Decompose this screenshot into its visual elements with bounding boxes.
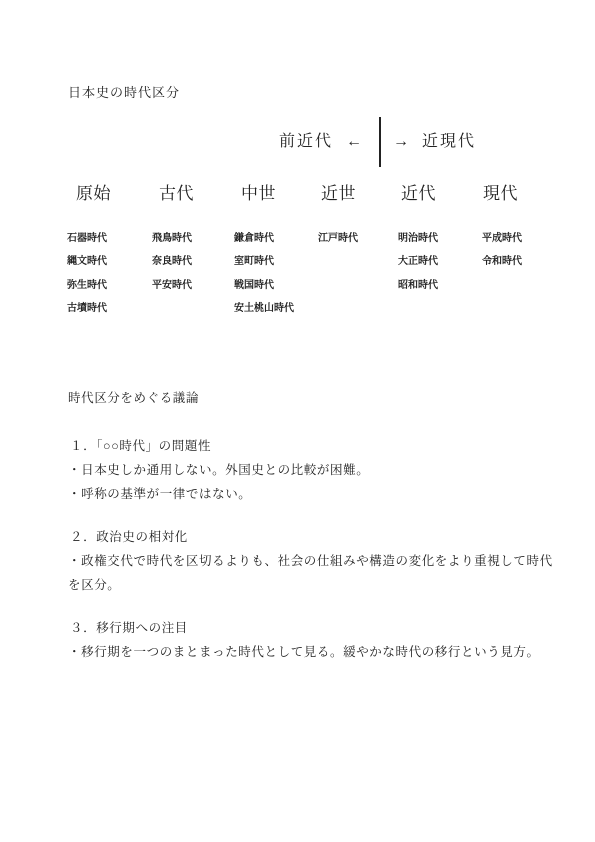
periods-column-gendai: 平成時代 令和時代 <box>482 227 522 274</box>
periods-column-kindai: 明治時代 大正時代 昭和時代 <box>398 227 438 297</box>
period-item: 室町時代 <box>234 250 294 273</box>
periods-column-genshi: 石器時代 縄文時代 弥生時代 古墳時代 <box>67 227 107 321</box>
period-item: 飛鳥時代 <box>152 227 192 250</box>
page-title: 日本史の時代区分 <box>68 85 180 101</box>
periods-column-kodai: 飛鳥時代 奈良時代 平安時代 <box>152 227 192 297</box>
discussion-section-3: ３．移行期への注目 ・移行期を一つのまとまった時代として見る。緩やかな時代の移行… <box>68 616 578 664</box>
section-line: ・政権交代で時代を区切るよりも、社会の仕組みや構造の変化をより重視して時代 <box>68 549 578 573</box>
periods-column-chusei: 鎌倉時代 室町時代 戦国時代 安土桃山時代 <box>234 227 294 321</box>
period-item: 石器時代 <box>67 227 107 250</box>
divider-line <box>379 117 381 167</box>
discussion-heading: 時代区分をめぐる議論 <box>68 386 578 410</box>
period-item: 江戸時代 <box>318 227 358 250</box>
period-item: 奈良時代 <box>152 250 192 273</box>
pre-modern-label: 前近代 <box>279 132 333 151</box>
arrow-left-icon: ← <box>346 132 362 151</box>
section-line: ・呼称の基準が一律ではない。 <box>68 482 578 506</box>
era-header-kinsei: 近世 <box>321 184 356 204</box>
period-item: 明治時代 <box>398 227 438 250</box>
period-item: 令和時代 <box>482 250 522 273</box>
section-line: ・日本史しか通用しない。外国史との比較が困難。 <box>68 458 578 482</box>
section-title: ３．移行期への注目 <box>68 616 578 640</box>
period-item: 鎌倉時代 <box>234 227 294 250</box>
section-line: を区分。 <box>68 573 578 597</box>
period-item: 平成時代 <box>482 227 522 250</box>
section-title: ２．政治史の相対化 <box>68 525 578 549</box>
era-header-genshi: 原始 <box>76 184 111 204</box>
period-item: 安土桃山時代 <box>234 297 294 320</box>
arrow-right-icon: → <box>393 132 409 151</box>
period-item: 平安時代 <box>152 274 192 297</box>
era-header-kodai: 古代 <box>159 184 194 204</box>
section-title: １．「○○時代」の問題性 <box>68 434 578 458</box>
era-header-chusei: 中世 <box>241 184 276 204</box>
period-item: 縄文時代 <box>67 250 107 273</box>
section-line: ・移行期を一つのまとまった時代として見る。緩やかな時代の移行という見方。 <box>68 640 578 664</box>
discussion-section-2: ２．政治史の相対化 ・政権交代で時代を区切るよりも、社会の仕組みや構造の変化をよ… <box>68 525 578 597</box>
era-header-kindai: 近代 <box>401 184 436 204</box>
modern-label: 近現代 <box>422 132 476 151</box>
periods-column-kinsei: 江戸時代 <box>318 227 358 250</box>
period-item: 戦国時代 <box>234 274 294 297</box>
period-item: 昭和時代 <box>398 274 438 297</box>
document-page: 日本史の時代区分 前近代 ← → 近現代 原始 古代 中世 近世 近代 現代 石… <box>0 0 595 842</box>
period-item: 弥生時代 <box>67 274 107 297</box>
discussion-section-1: １．「○○時代」の問題性 ・日本史しか通用しない。外国史との比較が困難。 ・呼称… <box>68 434 578 506</box>
period-item: 大正時代 <box>398 250 438 273</box>
period-item: 古墳時代 <box>67 297 107 320</box>
era-header-gendai: 現代 <box>483 184 518 204</box>
discussion-block: 時代区分をめぐる議論 １．「○○時代」の問題性 ・日本史しか通用しない。外国史と… <box>68 386 578 683</box>
